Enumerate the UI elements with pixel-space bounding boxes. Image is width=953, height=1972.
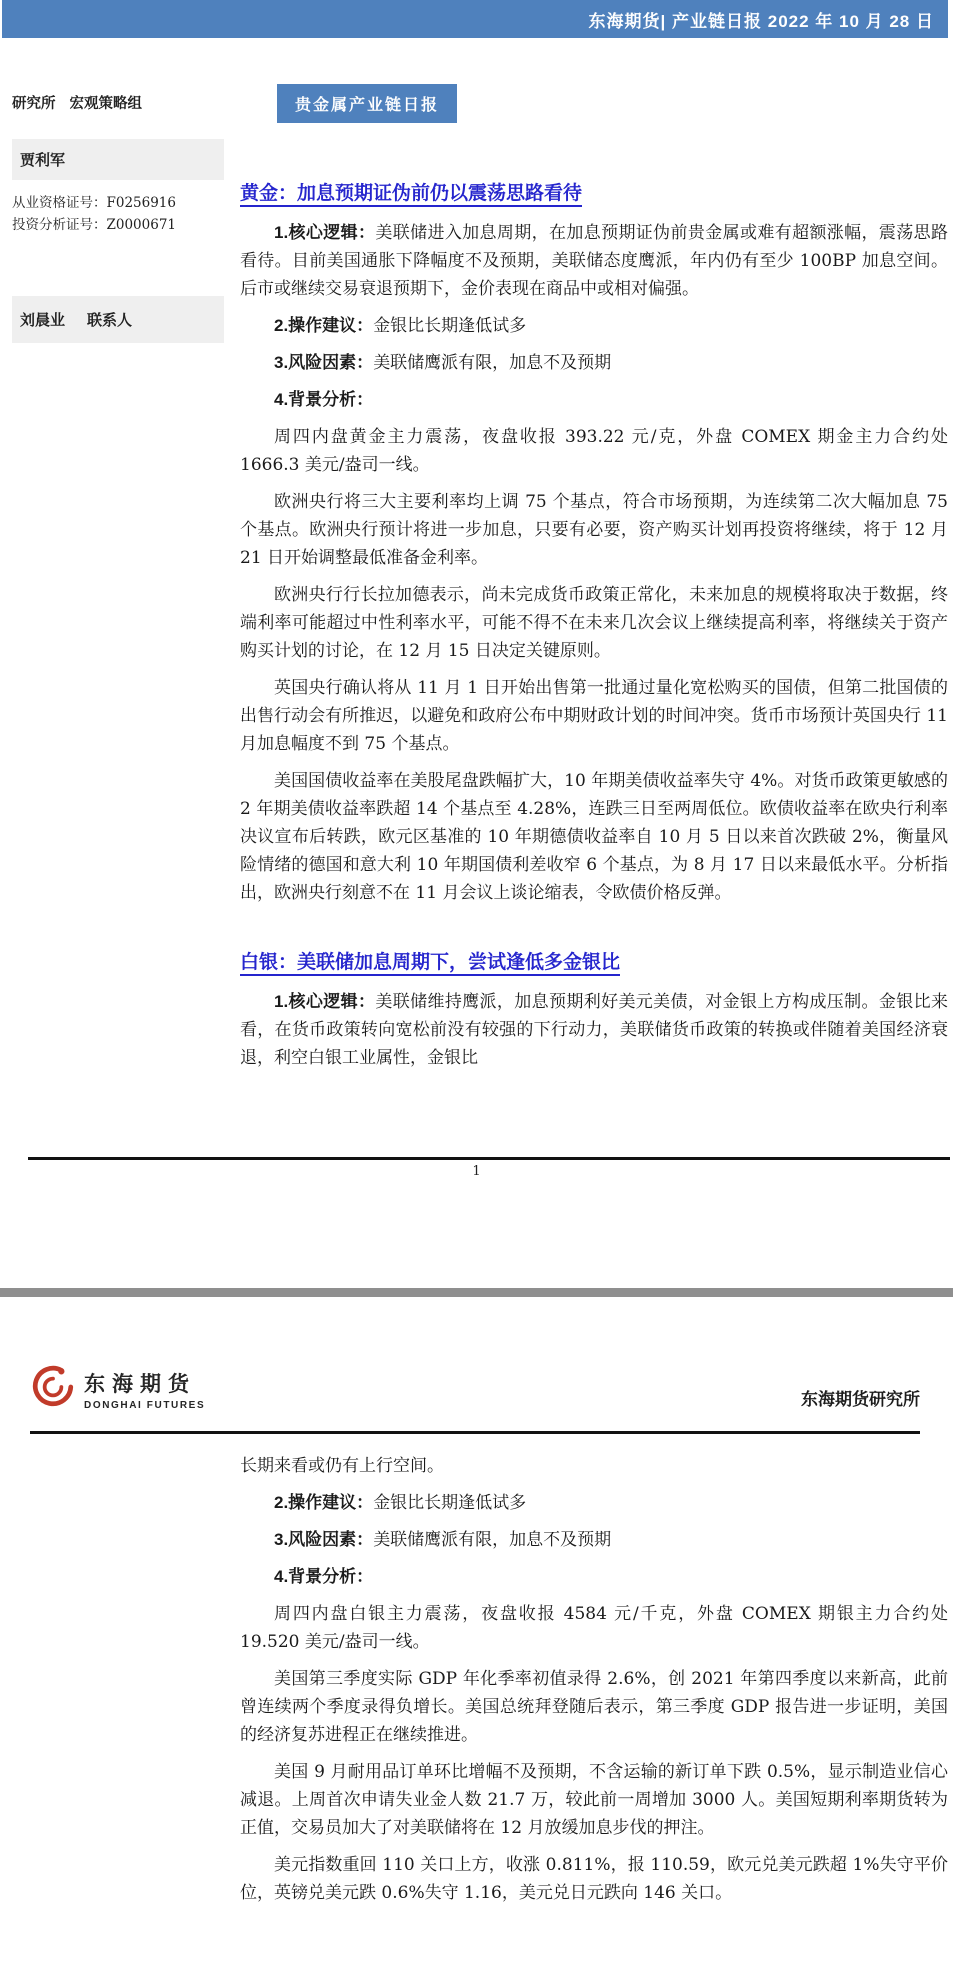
- silver-section-title: 白银：美联储加息周期下，尝试逢低多金银比: [240, 949, 948, 976]
- page1-main-content: 黄金：加息预期证伪前仍以震荡思路看待 1.核心逻辑：美联储进入加息周期，在加息预…: [240, 180, 948, 1081]
- page-separator-bar: [0, 1288, 953, 1297]
- item-label: 3.风险因素：: [274, 1530, 373, 1549]
- office-group: 宏观策略组: [70, 95, 143, 112]
- item-text: 美联储鹰派有限，加息不及预期: [373, 1530, 611, 1550]
- logo-chinese-name: 东海期货: [84, 1368, 205, 1398]
- gold-item-background: 4.背景分析：: [240, 386, 948, 414]
- analyst-credentials: 从业资格证号：F0256916 投资分析证号：Z0000671: [12, 192, 224, 236]
- gold-paragraph: 周四内盘黄金主力震荡，夜盘收报 393.22 元/克，外盘 COMEX 期金主力…: [240, 423, 948, 479]
- silver-paragraph: 美国 9 月耐用品订单环比增幅不及预期，不含运输的新订单下跌 0.5%，显示制造…: [240, 1758, 948, 1842]
- item-text: 美联储鹰派有限，加息不及预期: [373, 353, 611, 373]
- dragon-icon: [30, 1364, 76, 1414]
- page-number: 1: [0, 1164, 953, 1179]
- silver-item-risk: 3.风险因素：美联储鹰派有限，加息不及预期: [240, 1526, 948, 1554]
- page2-main-content: 长期来看或仍有上行空间。 2.操作建议：金银比长期逢低试多 3.风险因素：美联储…: [240, 1452, 948, 1916]
- item-label: 3.风险因素：: [274, 353, 373, 372]
- gold-item-advice: 2.操作建议：金银比长期逢低试多: [240, 312, 948, 340]
- silver-paragraph: 周四内盘白银主力震荡，夜盘收报 4584 元/千克，外盘 COMEX 期银主力合…: [240, 1600, 948, 1656]
- item-text: 金银比长期逢低试多: [373, 1493, 526, 1513]
- research-office-label: 研究所宏观策略组: [12, 92, 224, 113]
- analyst-block: 贾利军: [12, 139, 224, 180]
- gold-section-title: 黄金：加息预期证伪前仍以震荡思路看待: [240, 180, 948, 207]
- contact-role: 联系人: [87, 311, 132, 329]
- page2-header: 东海期货 DONGHAI FUTURES 东海期货研究所: [30, 1364, 920, 1414]
- silver-paragraph: 美元指数重回 110 关口上方，收涨 0.811%，报 110.59，欧元兑美元…: [240, 1851, 948, 1907]
- gold-item-risk: 3.风险因素：美联储鹰派有限，加息不及预期: [240, 349, 948, 377]
- top-header-bar: 东海期货| 产业链日报 2022 年 10 月 28 日: [2, 0, 948, 38]
- item-text: 金银比长期逢低试多: [373, 316, 526, 336]
- gold-paragraph: 欧洲央行行长拉加德表示，尚未完成货币政策正常化，未来加息的规模将取决于数据，终端…: [240, 581, 948, 665]
- gold-item-core-logic: 1.核心逻辑：美联储进入加息周期，在加息预期证伪前贵金属或难有超额涨幅，震荡思路…: [240, 219, 948, 303]
- gold-paragraph: 美国国债收益率在美股尾盘跌幅扩大，10 年期美债收益率失守 4%。对货币政策更敏…: [240, 767, 948, 907]
- page2-header-rule: [30, 1431, 920, 1434]
- item-label: 1.核心逻辑：: [274, 223, 375, 242]
- silver-paragraph: 美国第三季度实际 GDP 年化季率初值录得 2.6%，创 2021 年第四季度以…: [240, 1665, 948, 1749]
- page1-footer-rule: [28, 1157, 950, 1160]
- contact-block: 刘晨业联系人: [12, 296, 224, 343]
- item-label: 4.背景分析：: [274, 390, 373, 409]
- contact-name: 刘晨业: [20, 311, 65, 329]
- silver-item-advice: 2.操作建议：金银比长期逢低试多: [240, 1489, 948, 1517]
- gold-paragraph: 英国央行确认将从 11 月 1 日开始出售第一批通过量化宽松购买的国债，但第二批…: [240, 674, 948, 758]
- item-label: 4.背景分析：: [274, 1567, 373, 1586]
- silver-item-background: 4.背景分析：: [240, 1563, 948, 1591]
- sidebar: 研究所宏观策略组 贾利军 从业资格证号：F0256916 投资分析证号：Z000…: [12, 92, 224, 343]
- logo-english-name: DONGHAI FUTURES: [84, 1400, 205, 1411]
- item-label: 2.操作建议：: [274, 1493, 373, 1512]
- silver-item-core-logic: 1.核心逻辑：美联储维持鹰派，加息预期利好美元美债，对金银上方构成压制。金银比来…: [240, 988, 948, 1072]
- donghai-futures-logo: 东海期货 DONGHAI FUTURES: [30, 1364, 205, 1414]
- practice-cert-number: 从业资格证号：F0256916: [12, 192, 224, 214]
- header-title: 东海期货| 产业链日报 2022 年 10 月 28 日: [589, 7, 948, 32]
- silver-continuation: 长期来看或仍有上行空间。: [240, 1452, 948, 1480]
- analyst-name: 贾利军: [20, 149, 216, 170]
- report-title-badge: 贵金属产业链日报: [277, 84, 457, 123]
- item-label: 2.操作建议：: [274, 316, 373, 335]
- research-institute-label: 东海期货研究所: [801, 1385, 920, 1414]
- office-name: 研究所: [12, 95, 56, 112]
- item-label: 1.核心逻辑：: [274, 992, 375, 1011]
- analysis-cert-number: 投资分析证号：Z0000671: [12, 214, 224, 236]
- gold-paragraph: 欧洲央行将三大主要利率均上调 75 个基点，符合市场预期，为连续第二次大幅加息 …: [240, 488, 948, 572]
